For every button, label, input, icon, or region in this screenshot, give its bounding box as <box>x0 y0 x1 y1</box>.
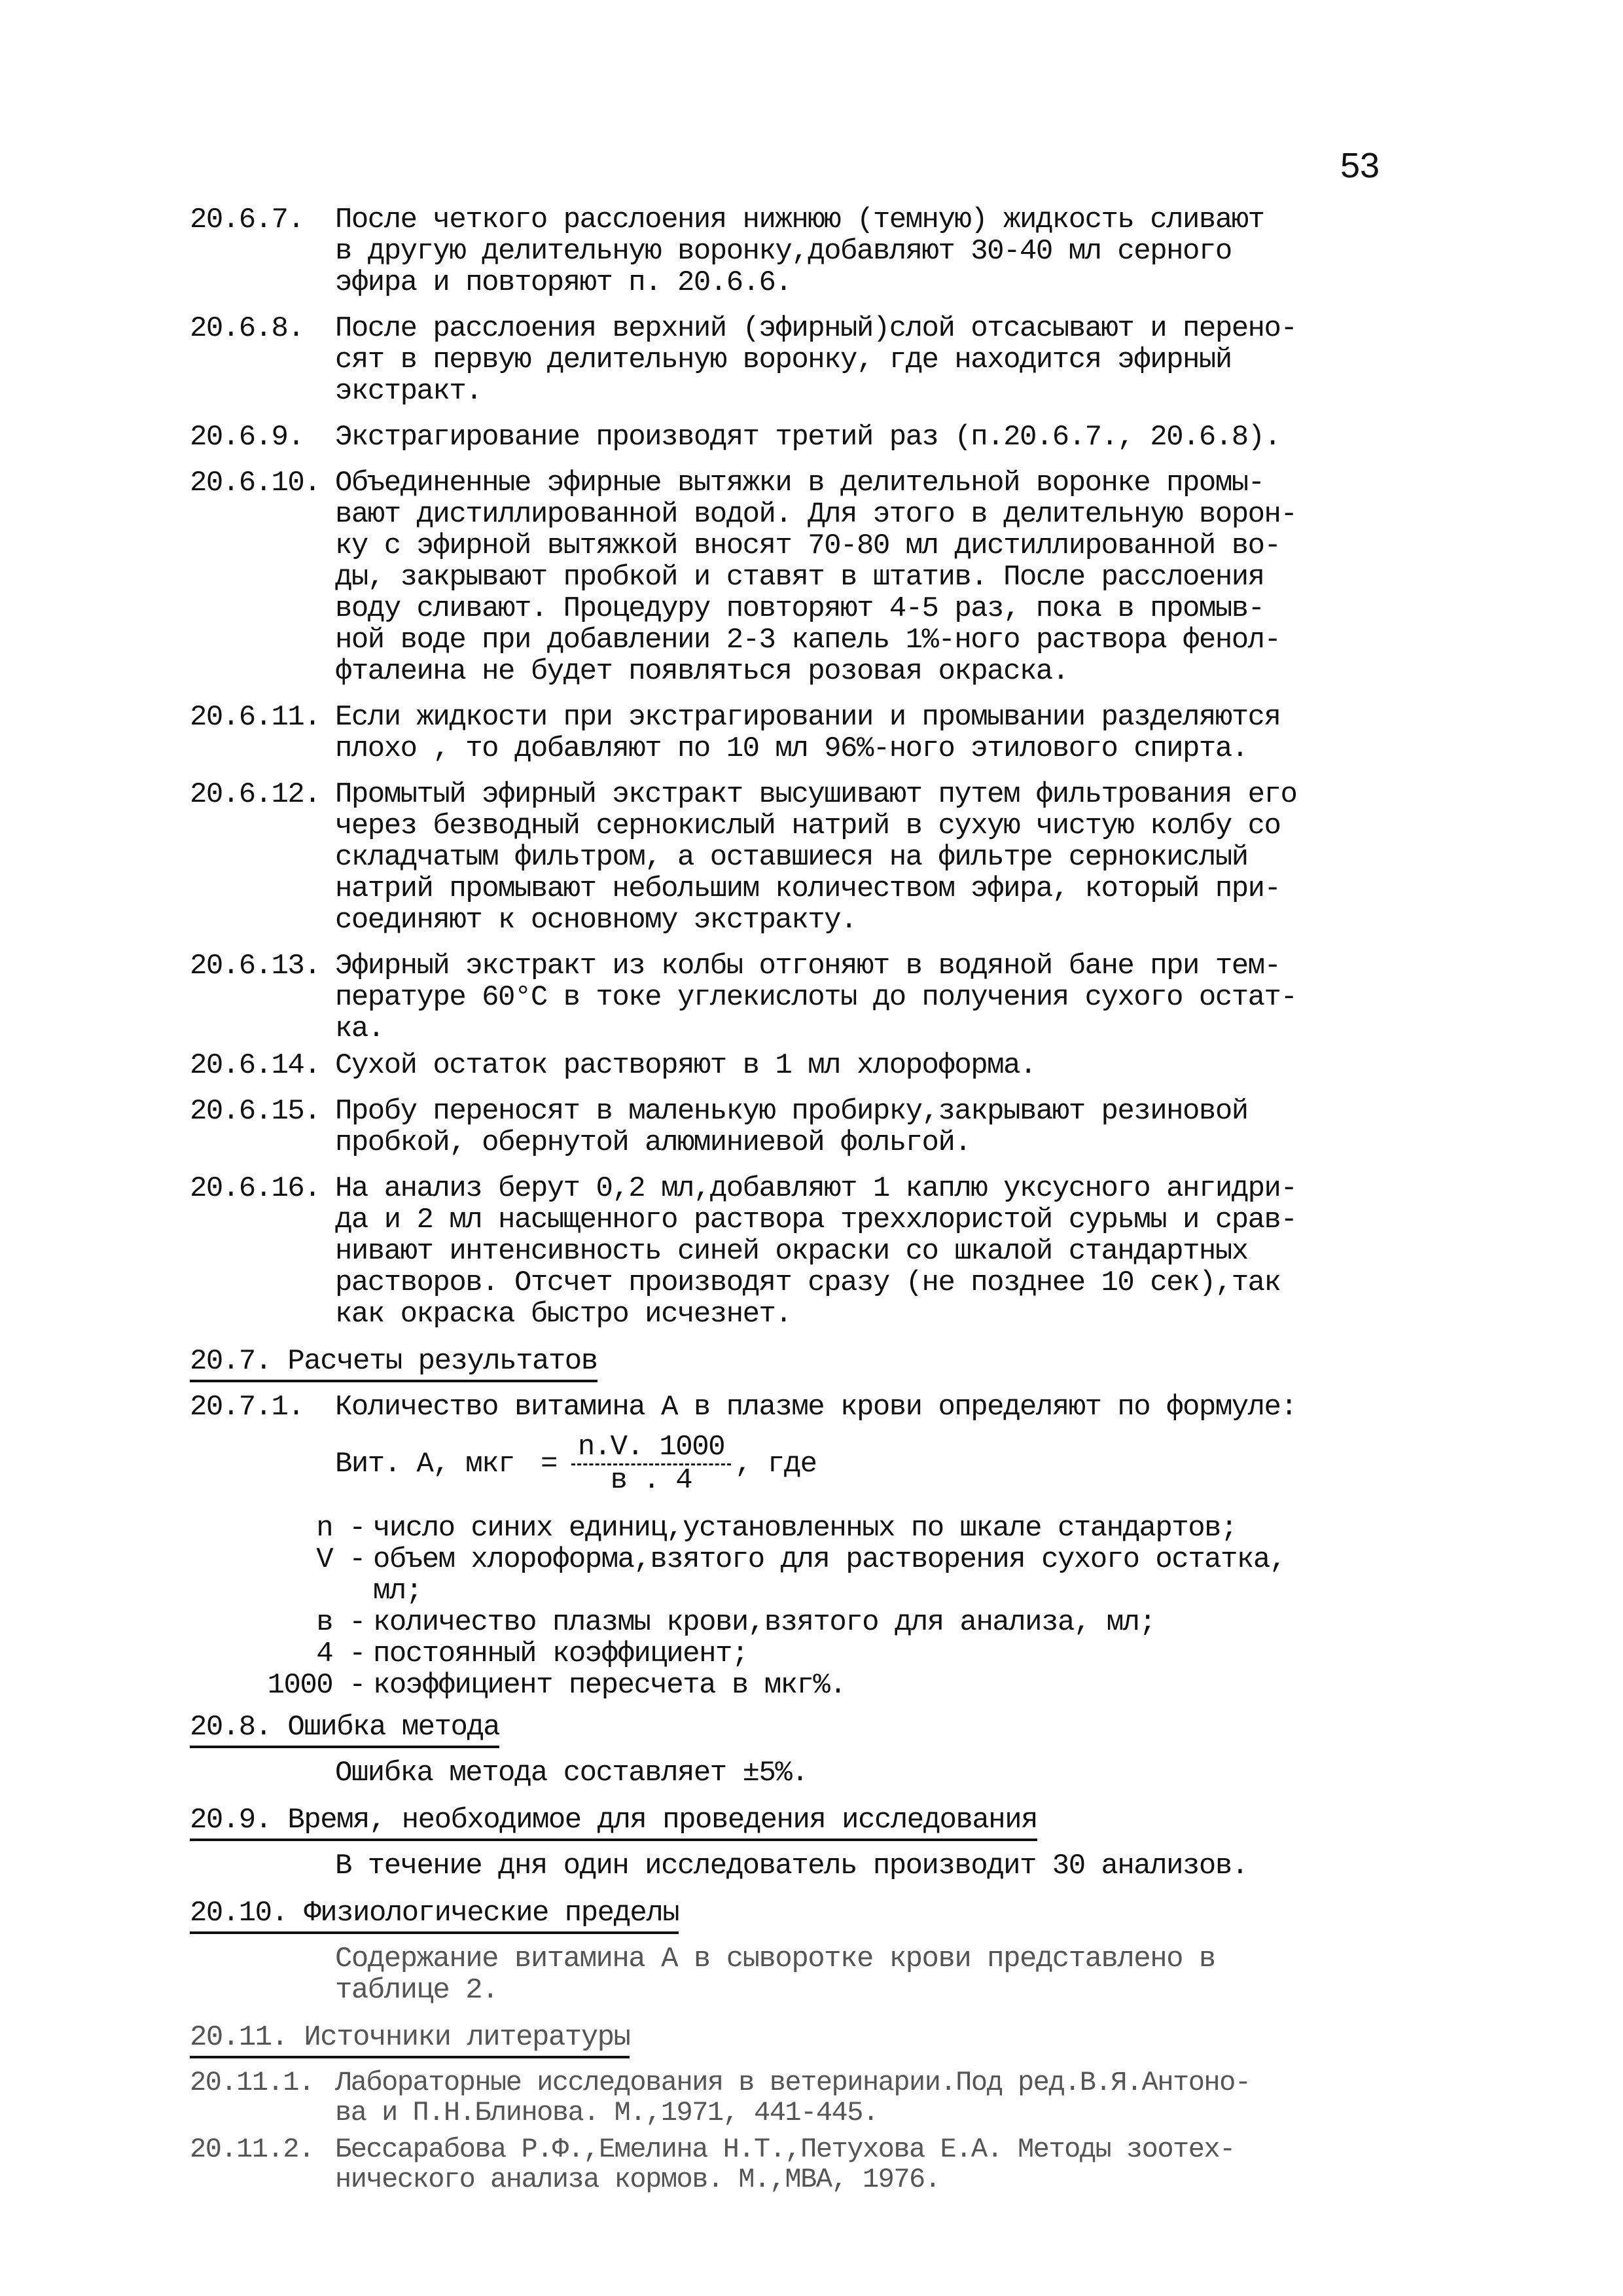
procedure-list: 20.6.7. После четкого расслоения нижнюю … <box>190 204 1499 1330</box>
formula-lhs: Вит. А, мкг <box>335 1448 514 1480</box>
item-number: 20.6.13. <box>190 950 335 1045</box>
item-number: 20.6.9. <box>190 422 335 453</box>
paragraph: Ошибка метода составляет ±5%. <box>335 1757 1499 1789</box>
page-content: 20.6.7. После четкого расслоения нижнюю … <box>190 204 1499 2201</box>
legend-row: V - объем хлороформа,взятого для раствор… <box>190 1544 1499 1607</box>
heading-text: 20.9. Время, необходимое для проведения … <box>190 1803 1037 1841</box>
heading-text: 20.11. Источники литературы <box>190 2020 630 2058</box>
item-text: Объединенные эфирные вытяжки в делительн… <box>335 467 1499 687</box>
reference-text: Лабораторные исследования в ветеринарии.… <box>335 2068 1499 2128</box>
formula-equals: = <box>541 1448 557 1480</box>
item-number: 20.6.8. <box>190 313 335 407</box>
item-text: После расслоения верхний (эфирный)слой о… <box>335 313 1499 407</box>
item-number: 20.6.14. <box>190 1050 335 1081</box>
item-text: Если жидкости при экстрагировании и пром… <box>335 702 1499 764</box>
paragraph: В течение дня один исследователь произво… <box>335 1850 1499 1882</box>
item-number: 20.6.10. <box>190 467 335 687</box>
list-item: 20.6.7. После четкого расслоения нижнюю … <box>190 204 1499 298</box>
item-text: Сухой остаток растворяют в 1 мл хлорофор… <box>335 1050 1499 1081</box>
item-number: 20.6.11. <box>190 702 335 764</box>
section-time-required: 20.9. Время, необходимое для проведения … <box>190 1803 1499 1882</box>
reference-number: 20.11.2. <box>190 2134 335 2195</box>
item-number: 20.6.7. <box>190 204 335 298</box>
legend-definition: коэффициент пересчета в мкг%. <box>373 1670 1499 1701</box>
section-heading: 20.9. Время, необходимое для проведения … <box>190 1803 1499 1841</box>
item-text: Промытый эфирный экстракт высушивают пут… <box>335 779 1499 936</box>
item-text: На анализ берут 0,2 мл,добавляют 1 каплю… <box>335 1173 1499 1330</box>
formula-denominator: в . 4 <box>611 1465 692 1496</box>
section-results-calculation: 20.7. Расчеты результатов 20.7.1. Количе… <box>190 1344 1499 1701</box>
section-references: 20.11. Источники литературы 20.11.1. Лаб… <box>190 2020 1499 2195</box>
formula-legend: n - число синих единиц,установленных по … <box>190 1513 1499 1701</box>
formula-fraction: n.V. 1000 в . 4 <box>571 1432 731 1496</box>
item-text: Количество витамина А в плазме крови опр… <box>335 1391 1499 1423</box>
list-item: 20.6.8. После расслоения верхний (эфирны… <box>190 313 1499 407</box>
item-number: 20.7.1. <box>190 1391 335 1423</box>
list-item: 20.6.12. Промытый эфирный экстракт высуш… <box>190 779 1499 936</box>
item-text: Экстрагирование производят третий раз (п… <box>335 422 1499 453</box>
heading-text: 20.7. Расчеты результатов <box>190 1344 597 1382</box>
reference-text: Бессарабова Р.Ф.,Емелина Н.Т.,Петухова Е… <box>335 2134 1499 2195</box>
list-item: 20.6.13. Эфирный экстракт из колбы отгон… <box>190 950 1499 1045</box>
legend-row: в - количество плазмы крови,взятого для … <box>190 1607 1499 1638</box>
section-method-error: 20.8. Ошибка метода Ошибка метода состав… <box>190 1710 1499 1789</box>
formula-suffix: , где <box>735 1448 817 1480</box>
item-number: 20.6.15. <box>190 1096 335 1158</box>
heading-text: 20.10. Физиологические пределы <box>190 1896 679 1934</box>
legend-row: n - число синих единиц,установленных по … <box>190 1513 1499 1544</box>
list-item: 20.6.14. Сухой остаток растворяют в 1 мл… <box>190 1050 1499 1081</box>
list-item: 20.6.9. Экстрагирование производят трети… <box>190 422 1499 453</box>
reference-item: 20.11.1. Лабораторные исследования в вет… <box>190 2068 1499 2128</box>
legend-symbol: V - <box>190 1544 373 1607</box>
formula-numerator: n.V. 1000 <box>571 1432 731 1465</box>
list-item: 20.7.1. Количество витамина А в плазме к… <box>190 1391 1499 1423</box>
legend-definition: количество плазмы крови,взятого для анал… <box>373 1607 1499 1638</box>
legend-symbol: в - <box>190 1607 373 1638</box>
item-text: После четкого расслоения нижнюю (темную)… <box>335 204 1499 298</box>
section-heading: 20.10. Физиологические пределы <box>190 1896 1499 1934</box>
section-heading: 20.8. Ошибка метода <box>190 1710 1499 1748</box>
item-number: 20.6.16. <box>190 1173 335 1330</box>
paragraph: Содержание витамина А в сыворотке крови … <box>335 1943 1499 2006</box>
section-physiological-limits: 20.10. Физиологические пределы Содержани… <box>190 1896 1499 2006</box>
legend-symbol: 1000 - <box>190 1670 373 1701</box>
list-item: 20.6.11. Если жидкости при экстрагирован… <box>190 702 1499 764</box>
legend-row: 1000 - коэффициент пересчета в мкг%. <box>190 1670 1499 1701</box>
formula: Вит. А, мкг = n.V. 1000 в . 4 , где <box>335 1432 1499 1496</box>
legend-row: 4 - постоянный коэффициент; <box>190 1638 1499 1670</box>
reference-item: 20.11.2. Бессарабова Р.Ф.,Емелина Н.Т.,П… <box>190 2134 1499 2195</box>
legend-symbol: 4 - <box>190 1638 373 1670</box>
list-item: 20.6.10. Объединенные эфирные вытяжки в … <box>190 467 1499 687</box>
list-item: 20.6.15. Пробу переносят в маленькую про… <box>190 1096 1499 1158</box>
legend-symbol: n - <box>190 1513 373 1544</box>
page-number: 53 <box>1340 145 1380 186</box>
section-heading: 20.7. Расчеты результатов <box>190 1344 1499 1382</box>
reference-number: 20.11.1. <box>190 2068 335 2128</box>
heading-text: 20.8. Ошибка метода <box>190 1710 499 1748</box>
legend-definition: объем хлороформа,взятого для растворения… <box>373 1544 1499 1607</box>
legend-definition: число синих единиц,установленных по шкал… <box>373 1513 1499 1544</box>
item-text: Пробу переносят в маленькую пробирку,зак… <box>335 1096 1499 1158</box>
list-item: 20.6.16. На анализ берут 0,2 мл,добавляю… <box>190 1173 1499 1330</box>
legend-definition: постоянный коэффициент; <box>373 1638 1499 1670</box>
item-text: Эфирный экстракт из колбы отгоняют в вод… <box>335 950 1499 1045</box>
item-number: 20.6.12. <box>190 779 335 936</box>
section-heading: 20.11. Источники литературы <box>190 2020 1499 2058</box>
